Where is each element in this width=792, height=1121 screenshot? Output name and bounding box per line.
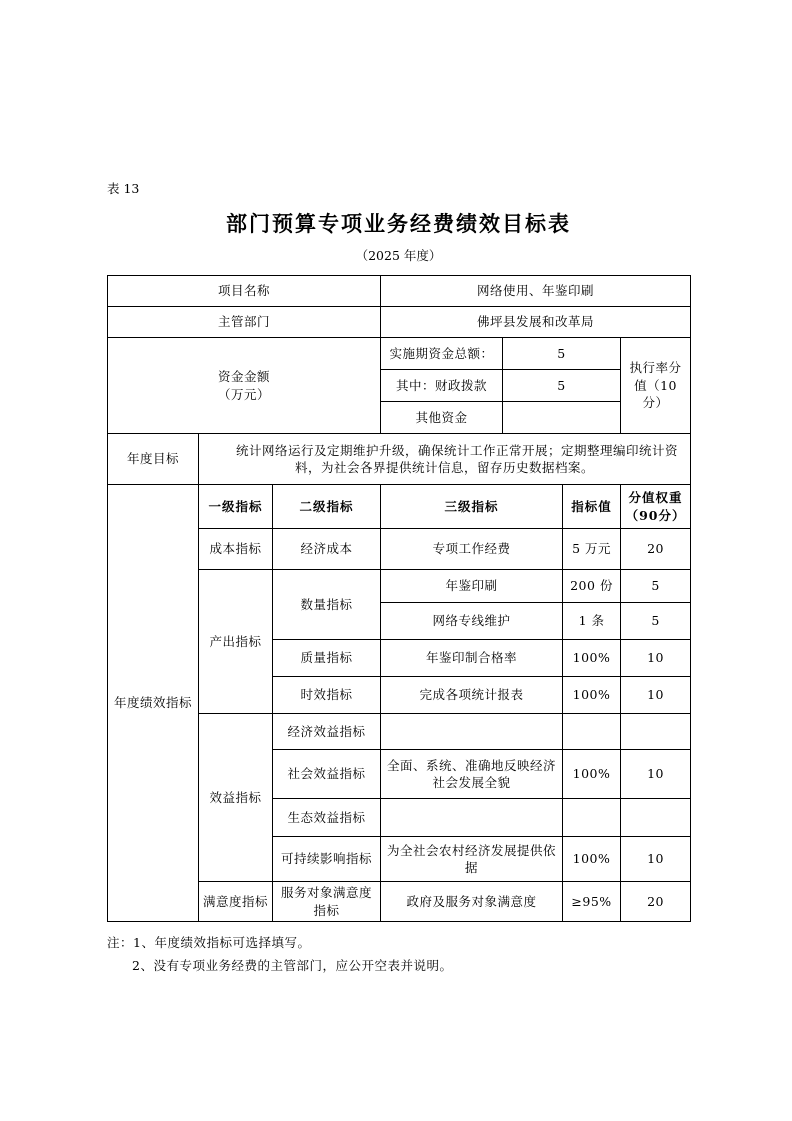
indicator-l3-cell: 政府及服务对象满意度 — [381, 882, 563, 922]
performance-target-table: 项目名称 网络使用、年鉴印刷 主管部门 佛坪县发展和改革局 资金金额 （万元） … — [107, 275, 691, 922]
indicator-l2-cell: 服务对象满意度指标 — [273, 882, 381, 922]
indicator-weight-cell: 10 — [621, 750, 691, 799]
footnote-line: 2、没有专项业务经费的主管部门，应公开空表并说明。 — [107, 954, 690, 977]
page-title: 部门预算专项业务经费绩效目标表 — [107, 209, 690, 239]
indicator-l3-cell: 完成各项统计报表 — [381, 677, 563, 714]
funds-total-label-cell: 实施期资金总额： — [381, 338, 503, 370]
indicator-l2-cell: 可持续影响指标 — [273, 837, 381, 882]
indicator-l3-cell: 专项工作经费 — [381, 529, 563, 570]
annual-goal-label-cell: 年度目标 — [108, 434, 199, 485]
performance-indicators-side-label-cell: 年度绩效指标 — [108, 485, 199, 922]
indicator-value-cell: 100% — [563, 750, 621, 799]
indicator-value-cell: 100% — [563, 837, 621, 882]
indicator-weight-cell: 10 — [621, 677, 691, 714]
indicator-value-cell: ≥95% — [563, 882, 621, 922]
indicator-l3-cell: 为全社会农村经济发展提供依据 — [381, 837, 563, 882]
indicator-weight-cell: 5 — [621, 570, 691, 603]
indicator-l1-cell: 成本指标 — [199, 529, 273, 570]
document-content: 表 13 部门预算专项业务经费绩效目标表 （2025 年度） 项目名称 网络使用… — [107, 181, 690, 977]
indicator-l1-cell: 满意度指标 — [199, 882, 273, 922]
indicator-weight-cell: 10 — [621, 837, 691, 882]
footnotes: 注：1、年度绩效指标可选择填写。 2、没有专项业务经费的主管部门，应公开空表并说… — [107, 931, 690, 977]
indicator-l2-cell: 社会效益指标 — [273, 750, 381, 799]
department-label-cell: 主管部门 — [108, 307, 381, 338]
header-level2-cell: 二级指标 — [273, 485, 381, 529]
funds-fiscal-label-cell: 其中：财政拨款 — [381, 370, 503, 402]
indicator-weight-cell — [621, 799, 691, 837]
footnote-line: 注：1、年度绩效指标可选择填写。 — [107, 931, 690, 954]
funds-amount-label-cell: 资金金额 （万元） — [108, 338, 381, 434]
indicator-weight-cell: 5 — [621, 603, 691, 640]
funds-other-value-cell — [503, 402, 621, 434]
header-level3-cell: 三级指标 — [381, 485, 563, 529]
header-weight-cell: 分值权重（90分） — [621, 485, 691, 529]
indicator-weight-cell: 20 — [621, 529, 691, 570]
document-page: 表 13 部门预算专项业务经费绩效目标表 （2025 年度） 项目名称 网络使用… — [0, 0, 792, 1121]
indicator-l3-cell — [381, 714, 563, 750]
indicator-l1-cell: 产出指标 — [199, 570, 273, 714]
department-value-cell: 佛坪县发展和改革局 — [381, 307, 691, 338]
indicator-weight-cell: 20 — [621, 882, 691, 922]
funds-fiscal-value-cell: 5 — [503, 370, 621, 402]
indicator-value-cell: 100% — [563, 677, 621, 714]
indicator-l3-cell: 年鉴印刷 — [381, 570, 563, 603]
indicator-l2-cell: 质量指标 — [273, 640, 381, 677]
header-level1-cell: 一级指标 — [199, 485, 273, 529]
indicator-l2-cell: 数量指标 — [273, 570, 381, 640]
indicator-value-cell — [563, 799, 621, 837]
indicator-value-cell: 1 条 — [563, 603, 621, 640]
funds-other-label-cell: 其他资金 — [381, 402, 503, 434]
funds-total-value-cell: 5 — [503, 338, 621, 370]
indicator-weight-cell — [621, 714, 691, 750]
indicator-l1-cell: 效益指标 — [199, 714, 273, 882]
indicator-l3-cell: 全面、系统、准确地反映经济社会发展全貌 — [381, 750, 563, 799]
indicator-l2-cell: 时效指标 — [273, 677, 381, 714]
execution-rate-score-cell: 执行率分值（10分） — [621, 338, 691, 434]
indicator-l3-cell — [381, 799, 563, 837]
indicator-l3-cell: 年鉴印制合格率 — [381, 640, 563, 677]
indicator-l3-cell: 网络专线维护 — [381, 603, 563, 640]
indicator-value-cell: 5 万元 — [563, 529, 621, 570]
project-name-value-cell: 网络使用、年鉴印刷 — [381, 276, 691, 307]
indicator-value-cell: 200 份 — [563, 570, 621, 603]
indicator-value-cell — [563, 714, 621, 750]
project-name-label-cell: 项目名称 — [108, 276, 381, 307]
indicator-value-cell: 100% — [563, 640, 621, 677]
indicator-weight-cell: 10 — [621, 640, 691, 677]
annual-goal-text-cell: 统计网络运行及定期维护升级，确保统计工作正常开展；定期整理编印统计资料，为社会各… — [199, 434, 691, 485]
header-value-cell: 指标值 — [563, 485, 621, 529]
indicator-l2-cell: 经济效益指标 — [273, 714, 381, 750]
indicator-l2-cell: 生态效益指标 — [273, 799, 381, 837]
indicator-l2-cell: 经济成本 — [273, 529, 381, 570]
table-number-label: 表 13 — [107, 181, 690, 196]
page-subtitle: （2025 年度） — [107, 248, 690, 264]
